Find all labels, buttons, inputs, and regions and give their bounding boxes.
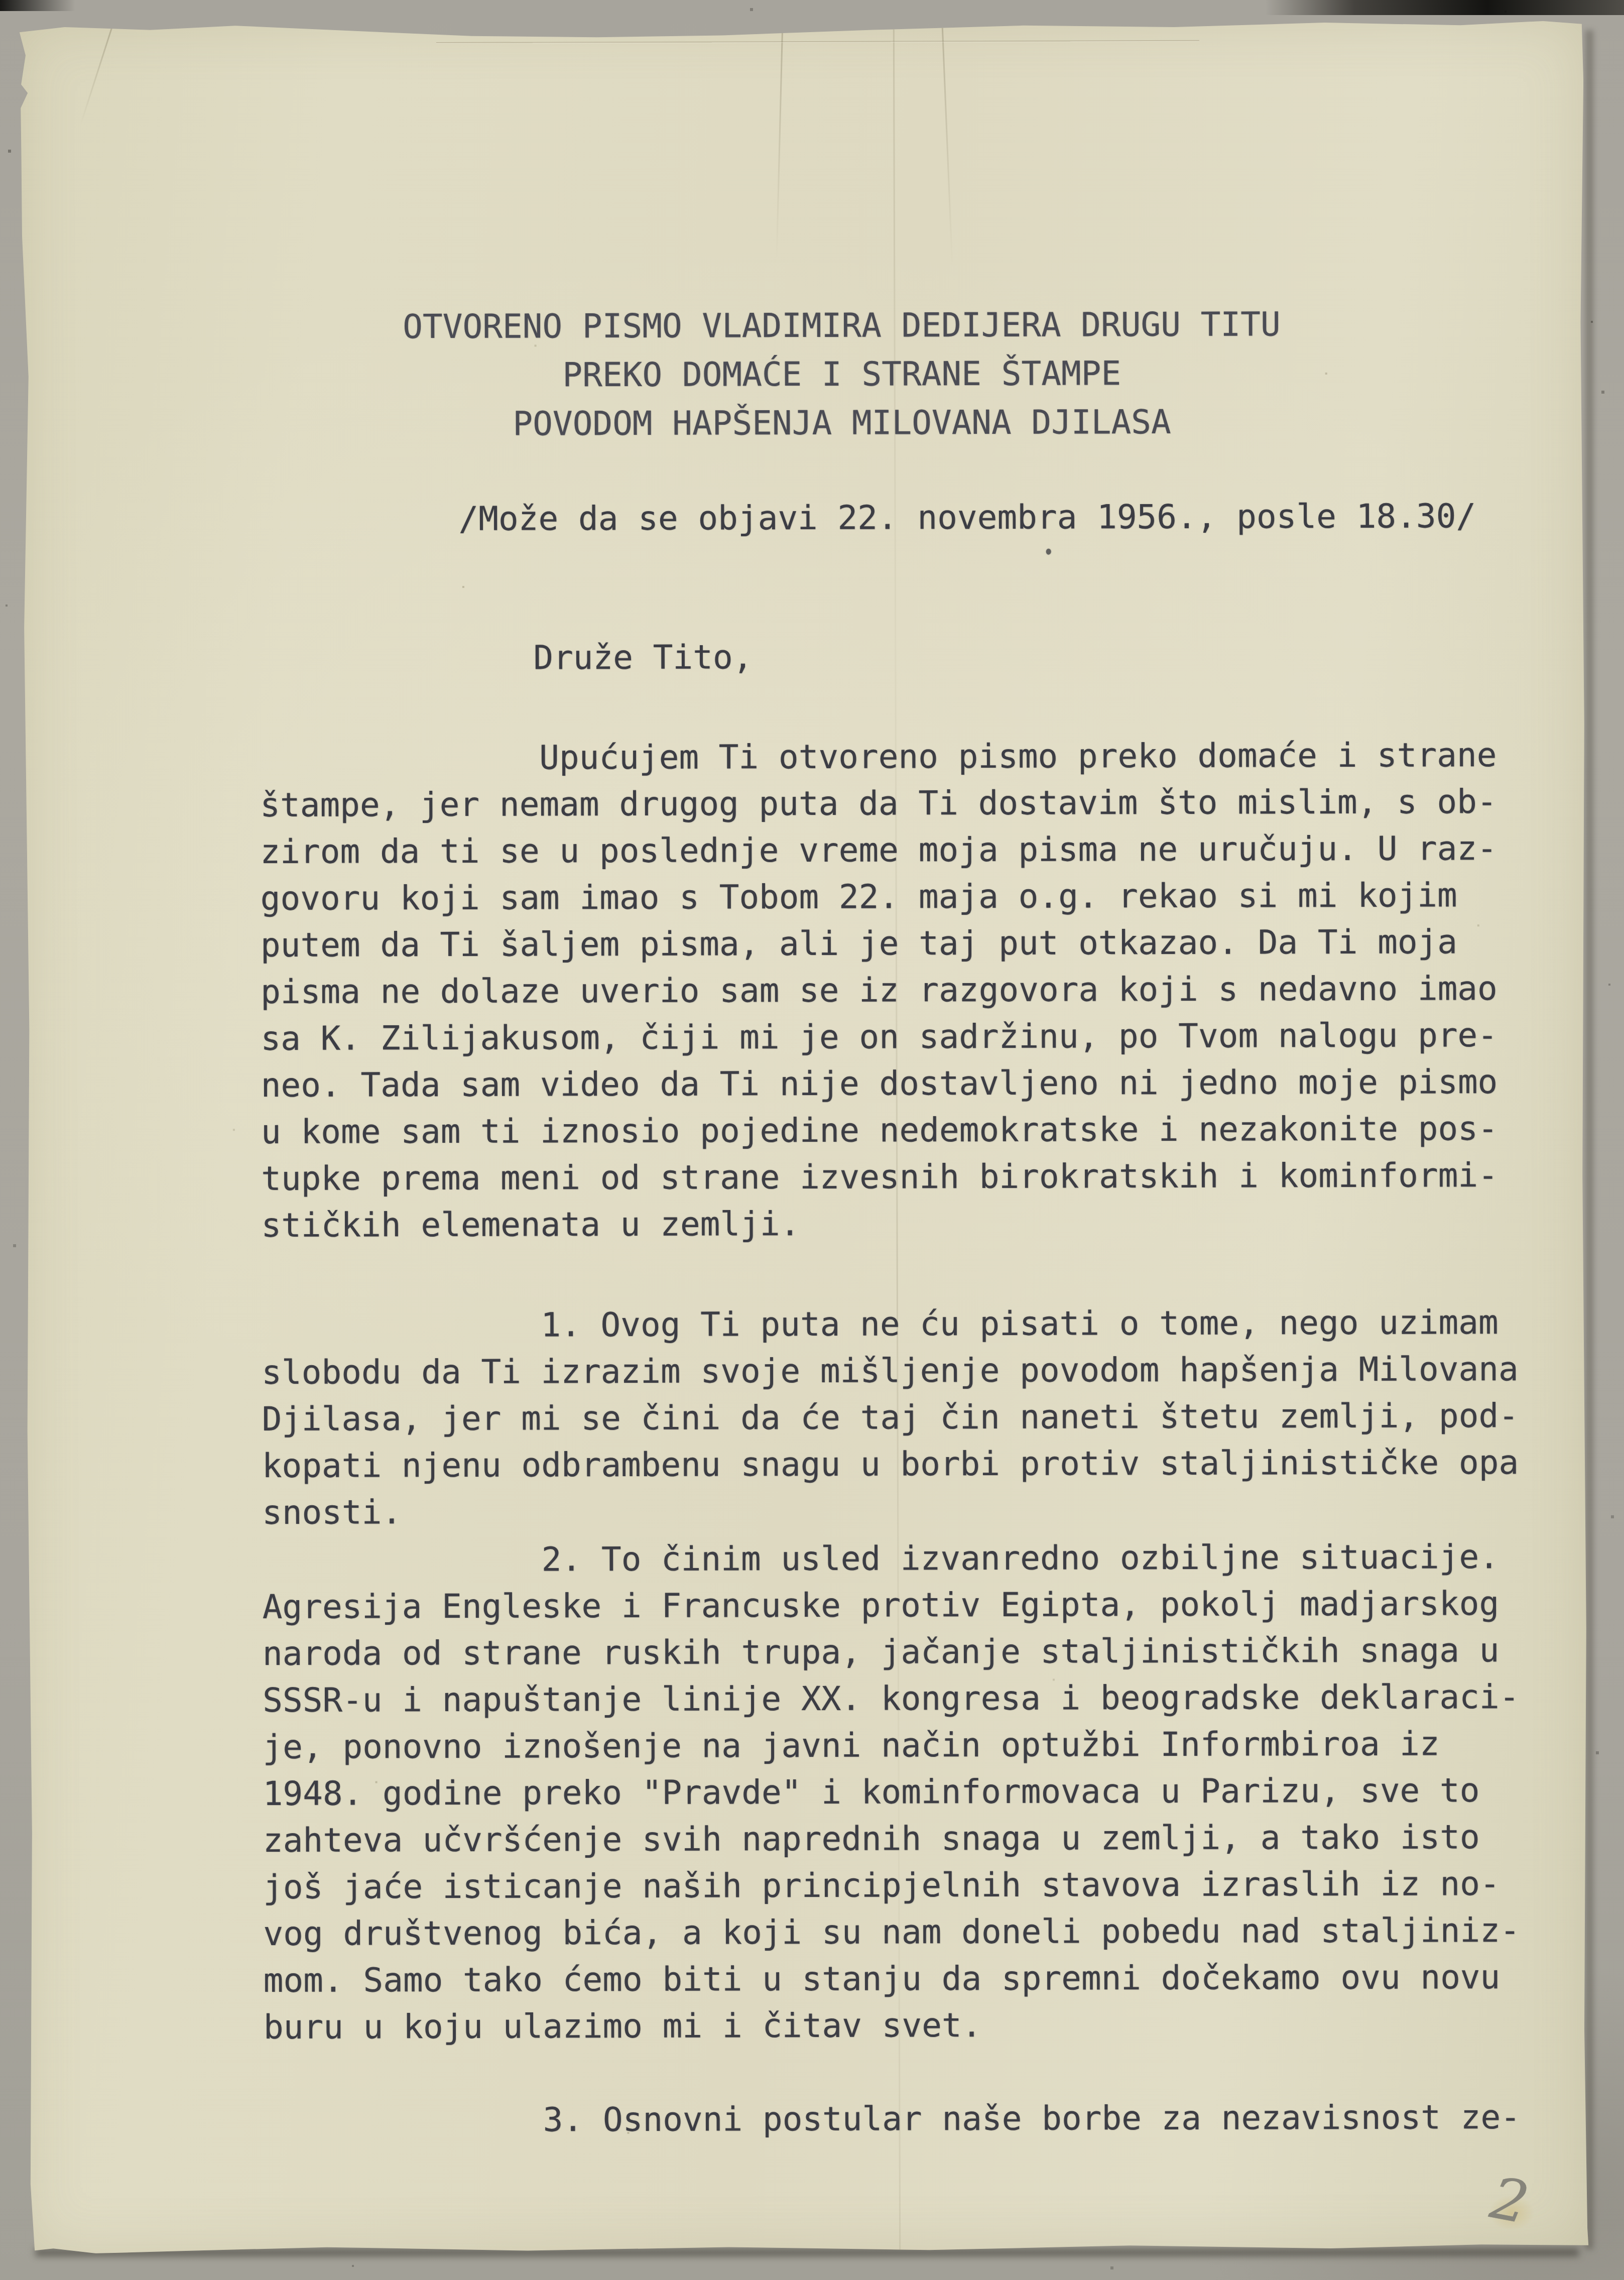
salutation: Druže Tito, <box>533 634 753 681</box>
scan-edge-shadow-top-right <box>1265 0 1624 15</box>
top-crease-left <box>776 23 784 259</box>
top-horizontal-crease <box>436 40 1199 43</box>
paper-drop-shadow-right <box>1585 30 1593 2249</box>
letter-paper: OTVORENO PISMO VLADIMIRA DEDIJERA DRUGU … <box>20 21 1589 2254</box>
publish-permission-note: /Može da se objavi 22. novembra 1956., p… <box>458 493 1476 542</box>
scan-edge-shadow-top-left <box>0 0 75 11</box>
paragraph-point-3: 3. Osnovni postular naše borbe za nezavi… <box>264 2094 1521 2144</box>
paragraph-intro: Upućujem Ti otvoreno pismo preko domaće … <box>260 732 1498 1249</box>
paragraph-point-2: 2. To činim usled izvanredno ozbiljne si… <box>262 1533 1520 2051</box>
top-crease-right <box>941 23 953 269</box>
top-left-diagonal-crease <box>80 25 113 126</box>
stray-ink-dot <box>1046 549 1051 555</box>
letter-title: OTVORENO PISMO VLADIMIRA DEDIJERA DRUGU … <box>223 299 1460 449</box>
paper-drop-shadow-bottom <box>35 2248 1579 2256</box>
title-line-3: POVODOM HAPŠENJA MILOVANA DJILASA <box>224 397 1460 449</box>
scanned-letter-page: OTVORENO PISMO VLADIMIRA DEDIJERA DRUGU … <box>0 0 1624 2280</box>
title-line-1: OTVORENO PISMO VLADIMIRA DEDIJERA DRUGU … <box>223 299 1459 351</box>
title-line-2: PREKO DOMAĆE I STRANE ŠTAMPE <box>224 348 1460 400</box>
paragraph-point-1: 1. Ovog Ti puta ne ću pisati o tome, neg… <box>262 1299 1519 1536</box>
